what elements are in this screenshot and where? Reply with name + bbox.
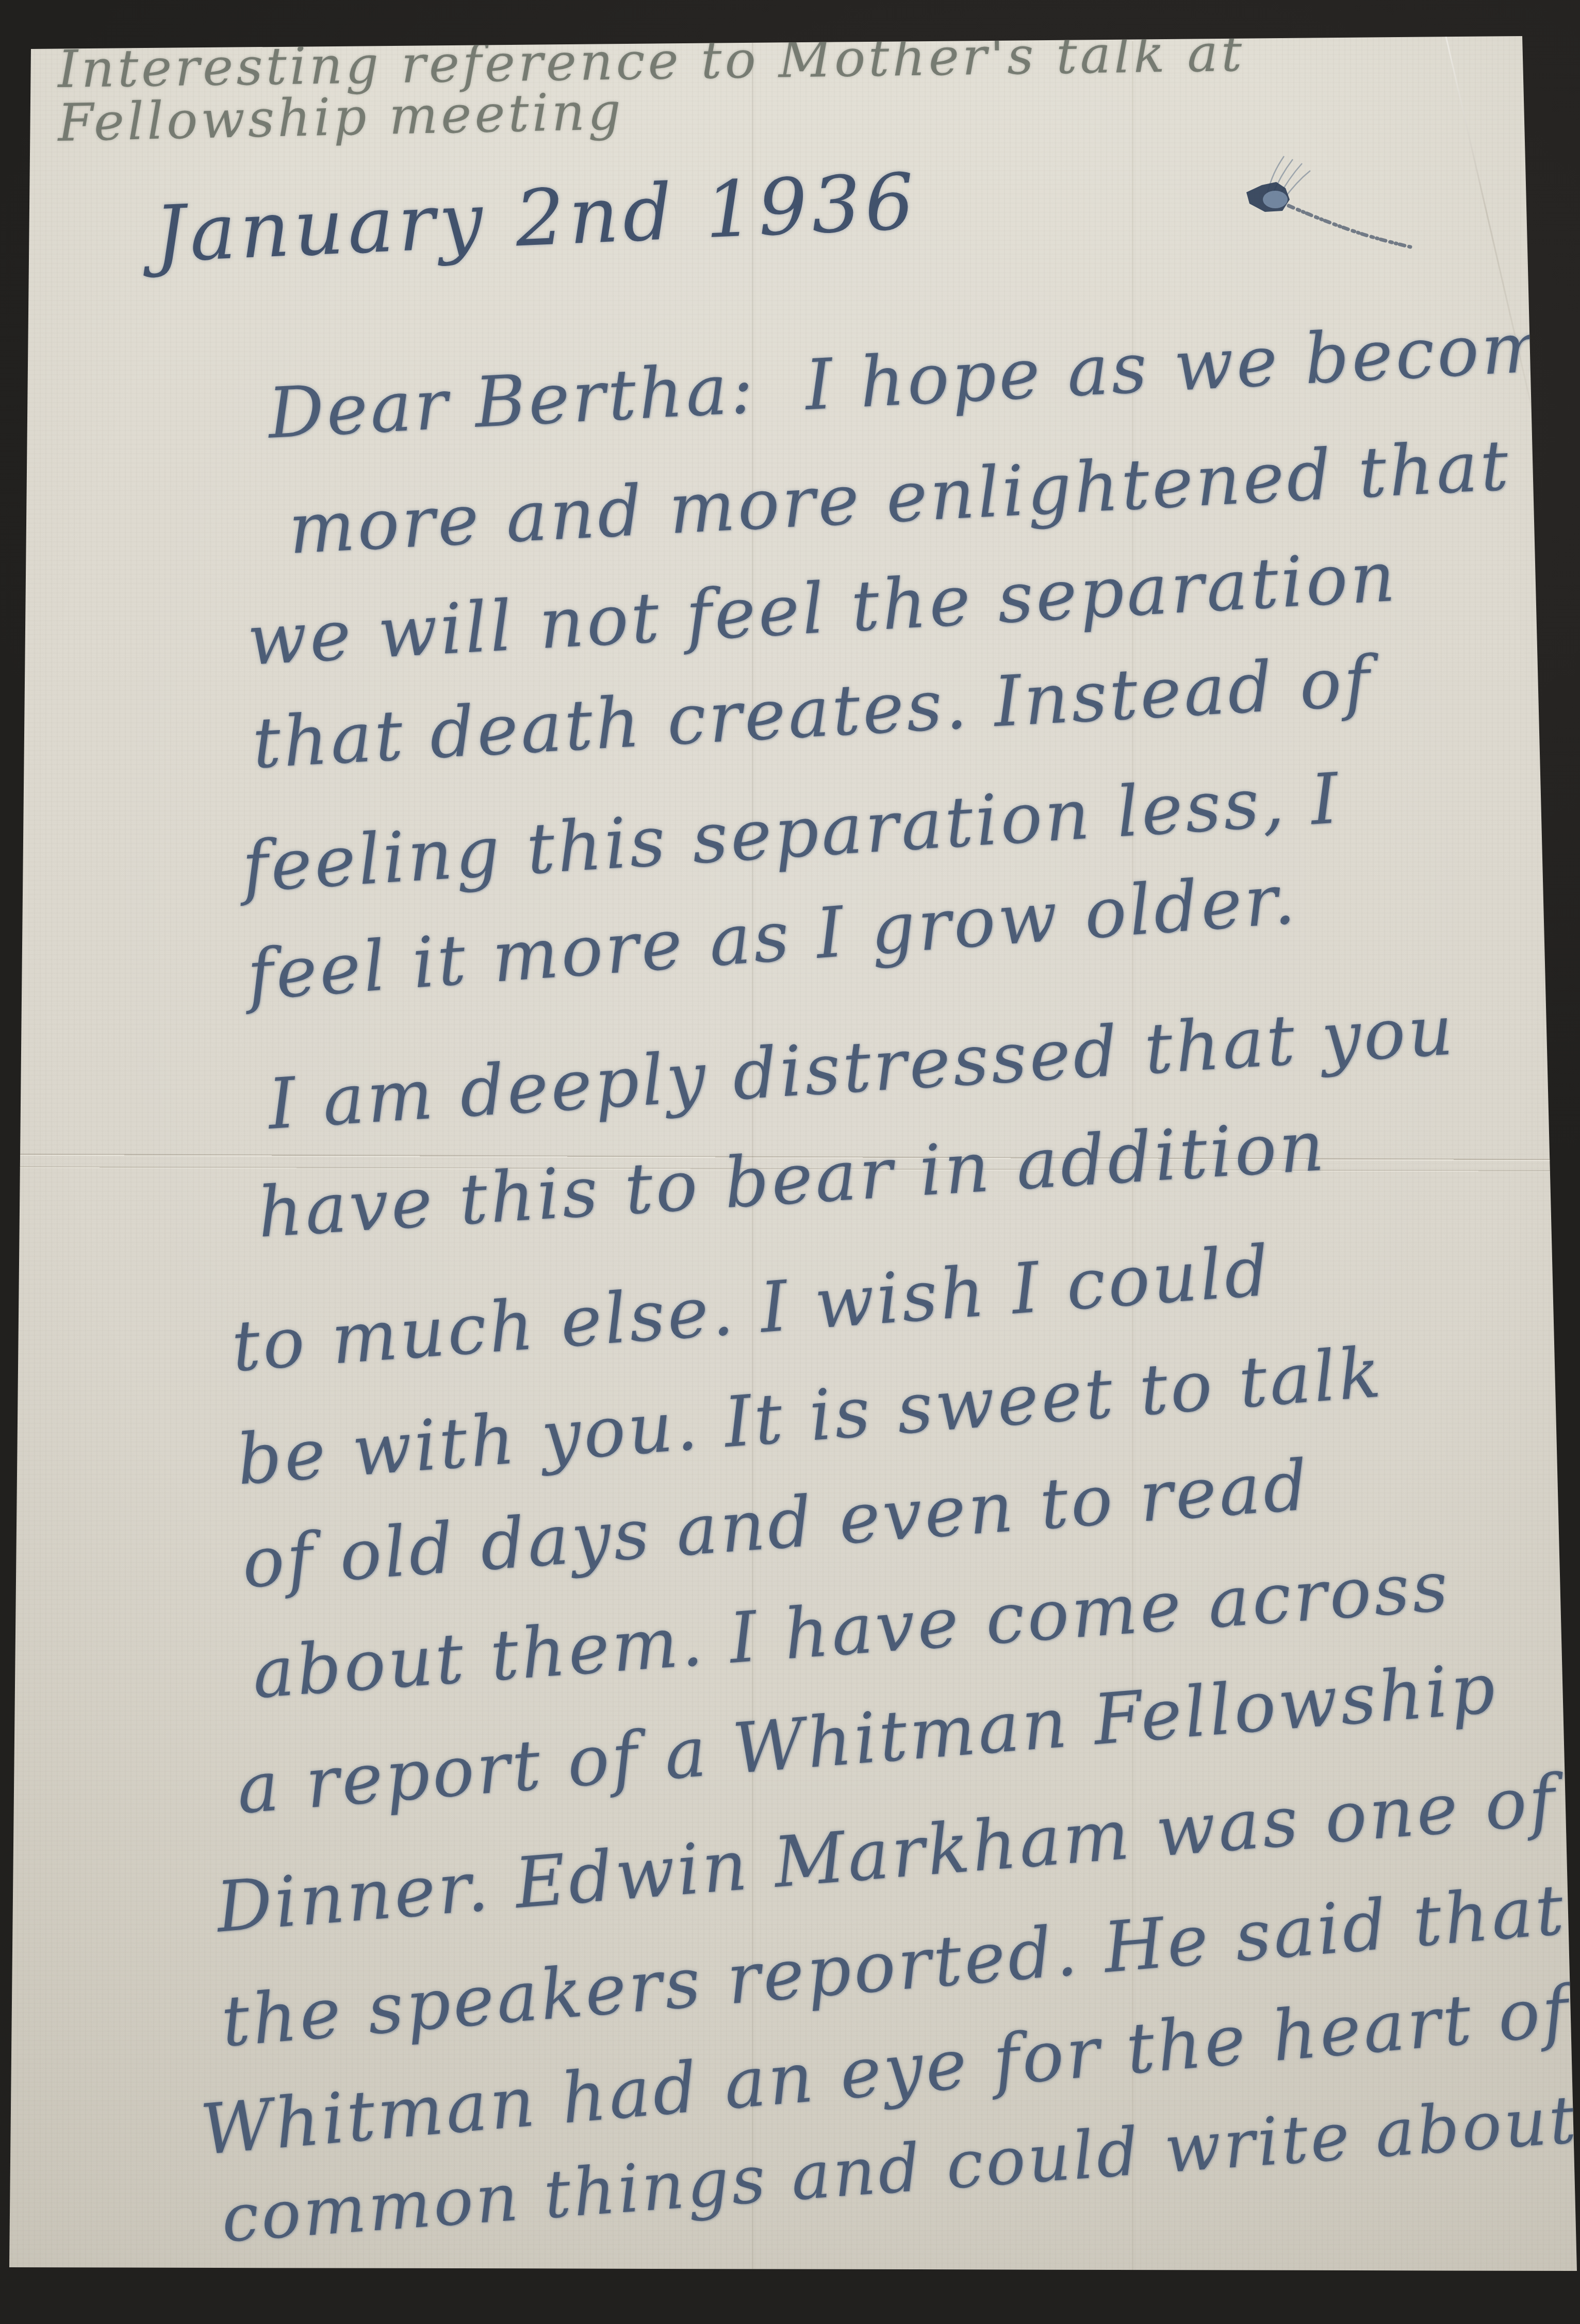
ink-blot-highlight bbox=[1263, 191, 1288, 208]
corner-fold-crease bbox=[1444, 30, 1550, 483]
pencil-annotation-line-2: Fellowship meeting bbox=[57, 84, 624, 150]
letter-line-1: Dear Bertha: I hope as we become bbox=[266, 308, 1580, 450]
letter-page: Interesting reference to Mother's talk a… bbox=[0, 0, 1580, 2324]
date-line: January 2nd 1936 bbox=[153, 161, 920, 276]
ink-blot-mark bbox=[1235, 152, 1421, 255]
pencil-annotation-line-1: Interesting reference to Mother's talk a… bbox=[57, 26, 1245, 96]
ink-blot-tail bbox=[1289, 206, 1410, 247]
photo-background: Interesting reference to Mother's talk a… bbox=[0, 0, 1580, 2324]
